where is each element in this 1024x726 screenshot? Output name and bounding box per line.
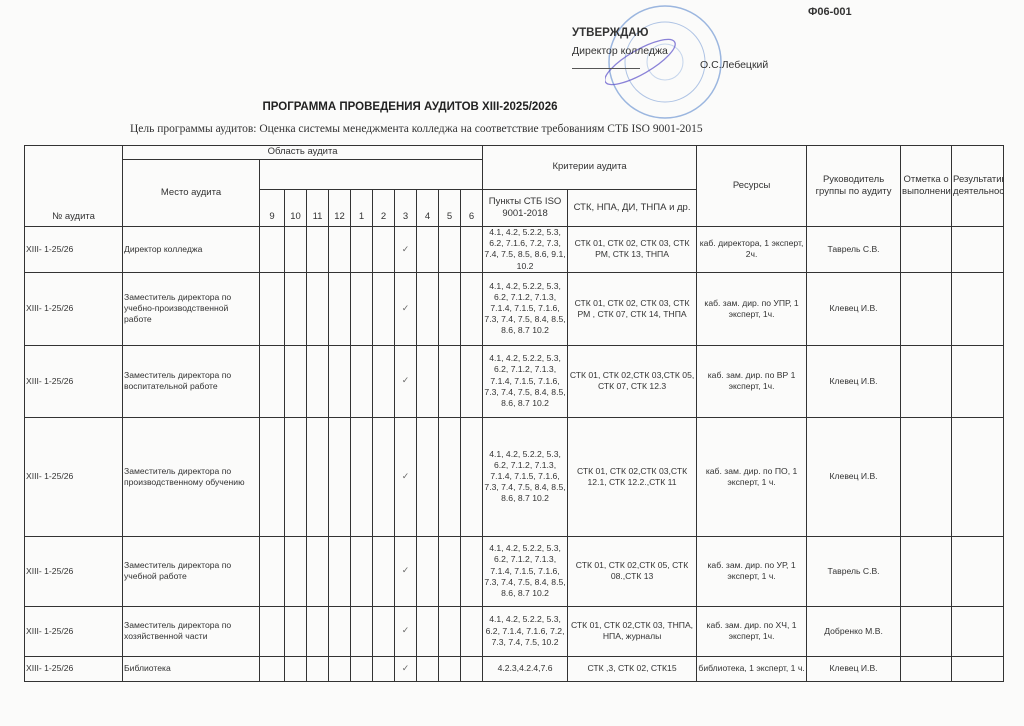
month-cell-4 bbox=[417, 656, 439, 681]
header-resources: Ресурсы bbox=[697, 146, 807, 227]
month-cell-12 bbox=[329, 345, 351, 417]
header-criteria: Критерии аудита bbox=[483, 146, 697, 190]
month-cell-2 bbox=[373, 536, 395, 606]
resources: библиотека, 1 эксперт, 1 ч. bbox=[697, 656, 807, 681]
month-cell-5 bbox=[439, 606, 461, 656]
month-cell-9 bbox=[260, 606, 285, 656]
program-goal: Цель программы аудитов: Оценка системы м… bbox=[130, 123, 703, 135]
month-cell-9 bbox=[260, 227, 285, 273]
criteria-docs: СТК 01, СТК 02,СТК 05, СТК 08.,СТК 13 bbox=[568, 536, 697, 606]
effectiveness-result bbox=[952, 606, 1004, 656]
month-cell-1 bbox=[351, 417, 373, 536]
audit-place: Директор колледжа bbox=[123, 227, 260, 273]
header-month-3: 3 bbox=[395, 190, 417, 227]
month-cell-9 bbox=[260, 272, 285, 345]
form-code: Ф06-001 bbox=[808, 6, 852, 18]
month-cell-5 bbox=[439, 656, 461, 681]
audit-place: Заместитель директора по производственно… bbox=[123, 417, 260, 536]
month-cell-9 bbox=[260, 345, 285, 417]
month-cell-6 bbox=[461, 227, 483, 273]
month-cell-1 bbox=[351, 345, 373, 417]
month-cell-12 bbox=[329, 656, 351, 681]
header-result: Результативность деятельности bbox=[952, 146, 1004, 227]
audit-program-table: № аудита Область аудита Критерии аудита … bbox=[24, 145, 1004, 682]
criteria-points: 4.1, 4.2, 5.2.2, 5.3, 6.2, 7.1.4, 7.1.6,… bbox=[483, 606, 568, 656]
month-cell-6 bbox=[461, 606, 483, 656]
criteria-docs: СТК 01, СТК 02, СТК 03, СТК РМ, СТК 13, … bbox=[568, 227, 697, 273]
criteria-points: 4.1, 4.2, 5.2.2, 5.3, 6.2, 7.1.2, 7.1.3,… bbox=[483, 345, 568, 417]
audit-place: Заместитель директора по хозяйственной ч… bbox=[123, 606, 260, 656]
audit-place: Библиотека bbox=[123, 656, 260, 681]
audit-leader: Добренко М.В. bbox=[807, 606, 901, 656]
month-cell-5 bbox=[439, 345, 461, 417]
completion-mark bbox=[901, 227, 952, 273]
month-check-icon: ✓ bbox=[395, 272, 417, 345]
table-row: XIII- 1-25/26Заместитель директора по уч… bbox=[25, 272, 1004, 345]
month-cell-10 bbox=[285, 272, 307, 345]
audit-number: XIII- 1-25/26 bbox=[25, 656, 123, 681]
audit-place: Заместитель директора по учебно-производ… bbox=[123, 272, 260, 345]
approval-name: О.С.Лебецкий bbox=[700, 59, 768, 71]
document-title: ПРОГРАММА ПРОВЕДЕНИЯ АУДИТОВ XIII-2025/2… bbox=[0, 101, 820, 113]
month-cell-6 bbox=[461, 272, 483, 345]
effectiveness-result bbox=[952, 227, 1004, 273]
table-row: XIII- 1-25/26Заместитель директора по уч… bbox=[25, 536, 1004, 606]
month-cell-4 bbox=[417, 345, 439, 417]
month-cell-2 bbox=[373, 606, 395, 656]
month-cell-5 bbox=[439, 536, 461, 606]
month-cell-1 bbox=[351, 227, 373, 273]
month-cell-11 bbox=[307, 345, 329, 417]
month-cell-4 bbox=[417, 272, 439, 345]
audit-leader: Таврель С.В. bbox=[807, 536, 901, 606]
month-cell-10 bbox=[285, 606, 307, 656]
month-cell-9 bbox=[260, 417, 285, 536]
month-cell-6 bbox=[461, 536, 483, 606]
completion-mark bbox=[901, 606, 952, 656]
month-cell-12 bbox=[329, 606, 351, 656]
month-cell-1 bbox=[351, 606, 373, 656]
resources: каб. зам. дир. по УР, 1 эксперт, 1 ч. bbox=[697, 536, 807, 606]
month-cell-1 bbox=[351, 656, 373, 681]
resources: каб. зам. дир. по ПО, 1 эксперт, 1 ч. bbox=[697, 417, 807, 536]
header-month-11: 11 bbox=[307, 190, 329, 227]
audit-number: XIII- 1-25/26 bbox=[25, 227, 123, 273]
header-month-9: 9 bbox=[260, 190, 285, 227]
header-scope: Область аудита bbox=[123, 146, 483, 160]
criteria-points: 4.1, 4.2, 5.2.2, 5.3, 6.2, 7.1.2, 7.1.3,… bbox=[483, 536, 568, 606]
effectiveness-result bbox=[952, 536, 1004, 606]
header-month-2: 2 bbox=[373, 190, 395, 227]
audit-leader: Клевец И.В. bbox=[807, 272, 901, 345]
criteria-points: 4.1, 4.2, 5.2.2, 5.3, 6.2, 7.1.2, 7.1.3,… bbox=[483, 417, 568, 536]
month-cell-10 bbox=[285, 227, 307, 273]
month-cell-12 bbox=[329, 272, 351, 345]
month-cell-12 bbox=[329, 417, 351, 536]
header-mark: Отметка о выполнении bbox=[901, 146, 952, 227]
completion-mark bbox=[901, 417, 952, 536]
header-month-5: 5 bbox=[439, 190, 461, 227]
month-cell-12 bbox=[329, 536, 351, 606]
month-check-icon: ✓ bbox=[395, 345, 417, 417]
month-cell-6 bbox=[461, 656, 483, 681]
audit-leader: Клевец И.В. bbox=[807, 656, 901, 681]
header-criteria-points: Пункты СТБ ISO 9001-2018 bbox=[483, 190, 568, 227]
effectiveness-result bbox=[952, 345, 1004, 417]
audit-number: XIII- 1-25/26 bbox=[25, 417, 123, 536]
month-cell-5 bbox=[439, 227, 461, 273]
month-cell-1 bbox=[351, 272, 373, 345]
table-row: XIII- 1-25/26Заместитель директора по хо… bbox=[25, 606, 1004, 656]
approval-position: Директор колледжа bbox=[572, 45, 668, 57]
month-cell-1 bbox=[351, 536, 373, 606]
table-row: XIII- 1-25/26Библиотека✓4.2.3,4.2.4,7.6С… bbox=[25, 656, 1004, 681]
effectiveness-result bbox=[952, 656, 1004, 681]
resources: каб. зам. дир. по ХЧ, 1 эксперт, 1ч. bbox=[697, 606, 807, 656]
month-cell-11 bbox=[307, 606, 329, 656]
month-cell-11 bbox=[307, 656, 329, 681]
month-cell-11 bbox=[307, 417, 329, 536]
audit-number: XIII- 1-25/26 bbox=[25, 272, 123, 345]
table-row: XIII- 1-25/26Заместитель директора по пр… bbox=[25, 417, 1004, 536]
month-check-icon: ✓ bbox=[395, 536, 417, 606]
month-check-icon: ✓ bbox=[395, 227, 417, 273]
month-cell-2 bbox=[373, 656, 395, 681]
audit-leader: Клевец И.В. bbox=[807, 345, 901, 417]
criteria-points: 4.2.3,4.2.4,7.6 bbox=[483, 656, 568, 681]
approval-label: УТВЕРЖДАЮ bbox=[572, 27, 648, 39]
criteria-points: 4.1, 4.2, 5.2.2, 5.3, 6.2, 7.1.6, 7.2, 7… bbox=[483, 227, 568, 273]
table-row: XIII- 1-25/26Заместитель директора по во… bbox=[25, 345, 1004, 417]
header-place: Место аудита bbox=[123, 160, 260, 227]
criteria-docs: СТК 01, СТК 02, СТК 03, СТК РМ , СТК 07,… bbox=[568, 272, 697, 345]
month-cell-11 bbox=[307, 536, 329, 606]
month-cell-5 bbox=[439, 417, 461, 536]
month-check-icon: ✓ bbox=[395, 656, 417, 681]
month-cell-10 bbox=[285, 345, 307, 417]
month-cell-4 bbox=[417, 227, 439, 273]
month-cell-12 bbox=[329, 227, 351, 273]
month-cell-9 bbox=[260, 536, 285, 606]
criteria-docs: СТК ,3, СТК 02, СТК15 bbox=[568, 656, 697, 681]
month-cell-6 bbox=[461, 417, 483, 536]
audit-leader: Клевец И.В. bbox=[807, 417, 901, 536]
resources: каб. зам. дир. по ВР 1 эксперт, 1ч. bbox=[697, 345, 807, 417]
month-cell-9 bbox=[260, 656, 285, 681]
month-cell-2 bbox=[373, 417, 395, 536]
header-month-4: 4 bbox=[417, 190, 439, 227]
month-check-icon: ✓ bbox=[395, 417, 417, 536]
audit-number: XIII- 1-25/26 bbox=[25, 606, 123, 656]
signature-line bbox=[572, 68, 640, 69]
month-cell-11 bbox=[307, 272, 329, 345]
month-check-icon: ✓ bbox=[395, 606, 417, 656]
month-cell-2 bbox=[373, 227, 395, 273]
effectiveness-result bbox=[952, 272, 1004, 345]
header-month-10: 10 bbox=[285, 190, 307, 227]
criteria-docs: СТК 01, СТК 02,СТК 03,СТК 05, СТК 07, СТ… bbox=[568, 345, 697, 417]
header-month-12: 12 bbox=[329, 190, 351, 227]
resources: каб. директора, 1 эксперт, 2ч. bbox=[697, 227, 807, 273]
month-cell-2 bbox=[373, 345, 395, 417]
audit-number: XIII- 1-25/26 bbox=[25, 536, 123, 606]
criteria-points: 4.1, 4.2, 5.2.2, 5.3, 6.2, 7.1.2, 7.1.3,… bbox=[483, 272, 568, 345]
header-audit-no: № аудита bbox=[25, 146, 123, 227]
month-cell-4 bbox=[417, 417, 439, 536]
completion-mark bbox=[901, 536, 952, 606]
month-cell-10 bbox=[285, 536, 307, 606]
header-month-1: 1 bbox=[351, 190, 373, 227]
header-months-group bbox=[260, 160, 483, 190]
audit-leader: Таврель С.В. bbox=[807, 227, 901, 273]
completion-mark bbox=[901, 272, 952, 345]
criteria-docs: СТК 01, СТК 02,СТК 03,СТК 12.1, СТК 12.2… bbox=[568, 417, 697, 536]
header-leader: Руководитель группы по аудиту bbox=[807, 146, 901, 227]
header-month-6: 6 bbox=[461, 190, 483, 227]
audit-place: Заместитель директора по воспитательной … bbox=[123, 345, 260, 417]
month-cell-5 bbox=[439, 272, 461, 345]
month-cell-4 bbox=[417, 606, 439, 656]
table-row: XIII- 1-25/26Директор колледжа✓4.1, 4.2,… bbox=[25, 227, 1004, 273]
resources: каб. зам. дир. по УПР, 1 эксперт, 1ч. bbox=[697, 272, 807, 345]
audit-number: XIII- 1-25/26 bbox=[25, 345, 123, 417]
completion-mark bbox=[901, 656, 952, 681]
criteria-docs: СТК 01, СТК 02,СТК 03, ТНПА, НПА, журнал… bbox=[568, 606, 697, 656]
effectiveness-result bbox=[952, 417, 1004, 536]
month-cell-10 bbox=[285, 417, 307, 536]
header-criteria-docs: СТК, НПА, ДИ, ТНПА и др. bbox=[568, 190, 697, 227]
audit-place: Заместитель директора по учебной работе bbox=[123, 536, 260, 606]
month-cell-6 bbox=[461, 345, 483, 417]
month-cell-11 bbox=[307, 227, 329, 273]
completion-mark bbox=[901, 345, 952, 417]
month-cell-10 bbox=[285, 656, 307, 681]
month-cell-4 bbox=[417, 536, 439, 606]
month-cell-2 bbox=[373, 272, 395, 345]
